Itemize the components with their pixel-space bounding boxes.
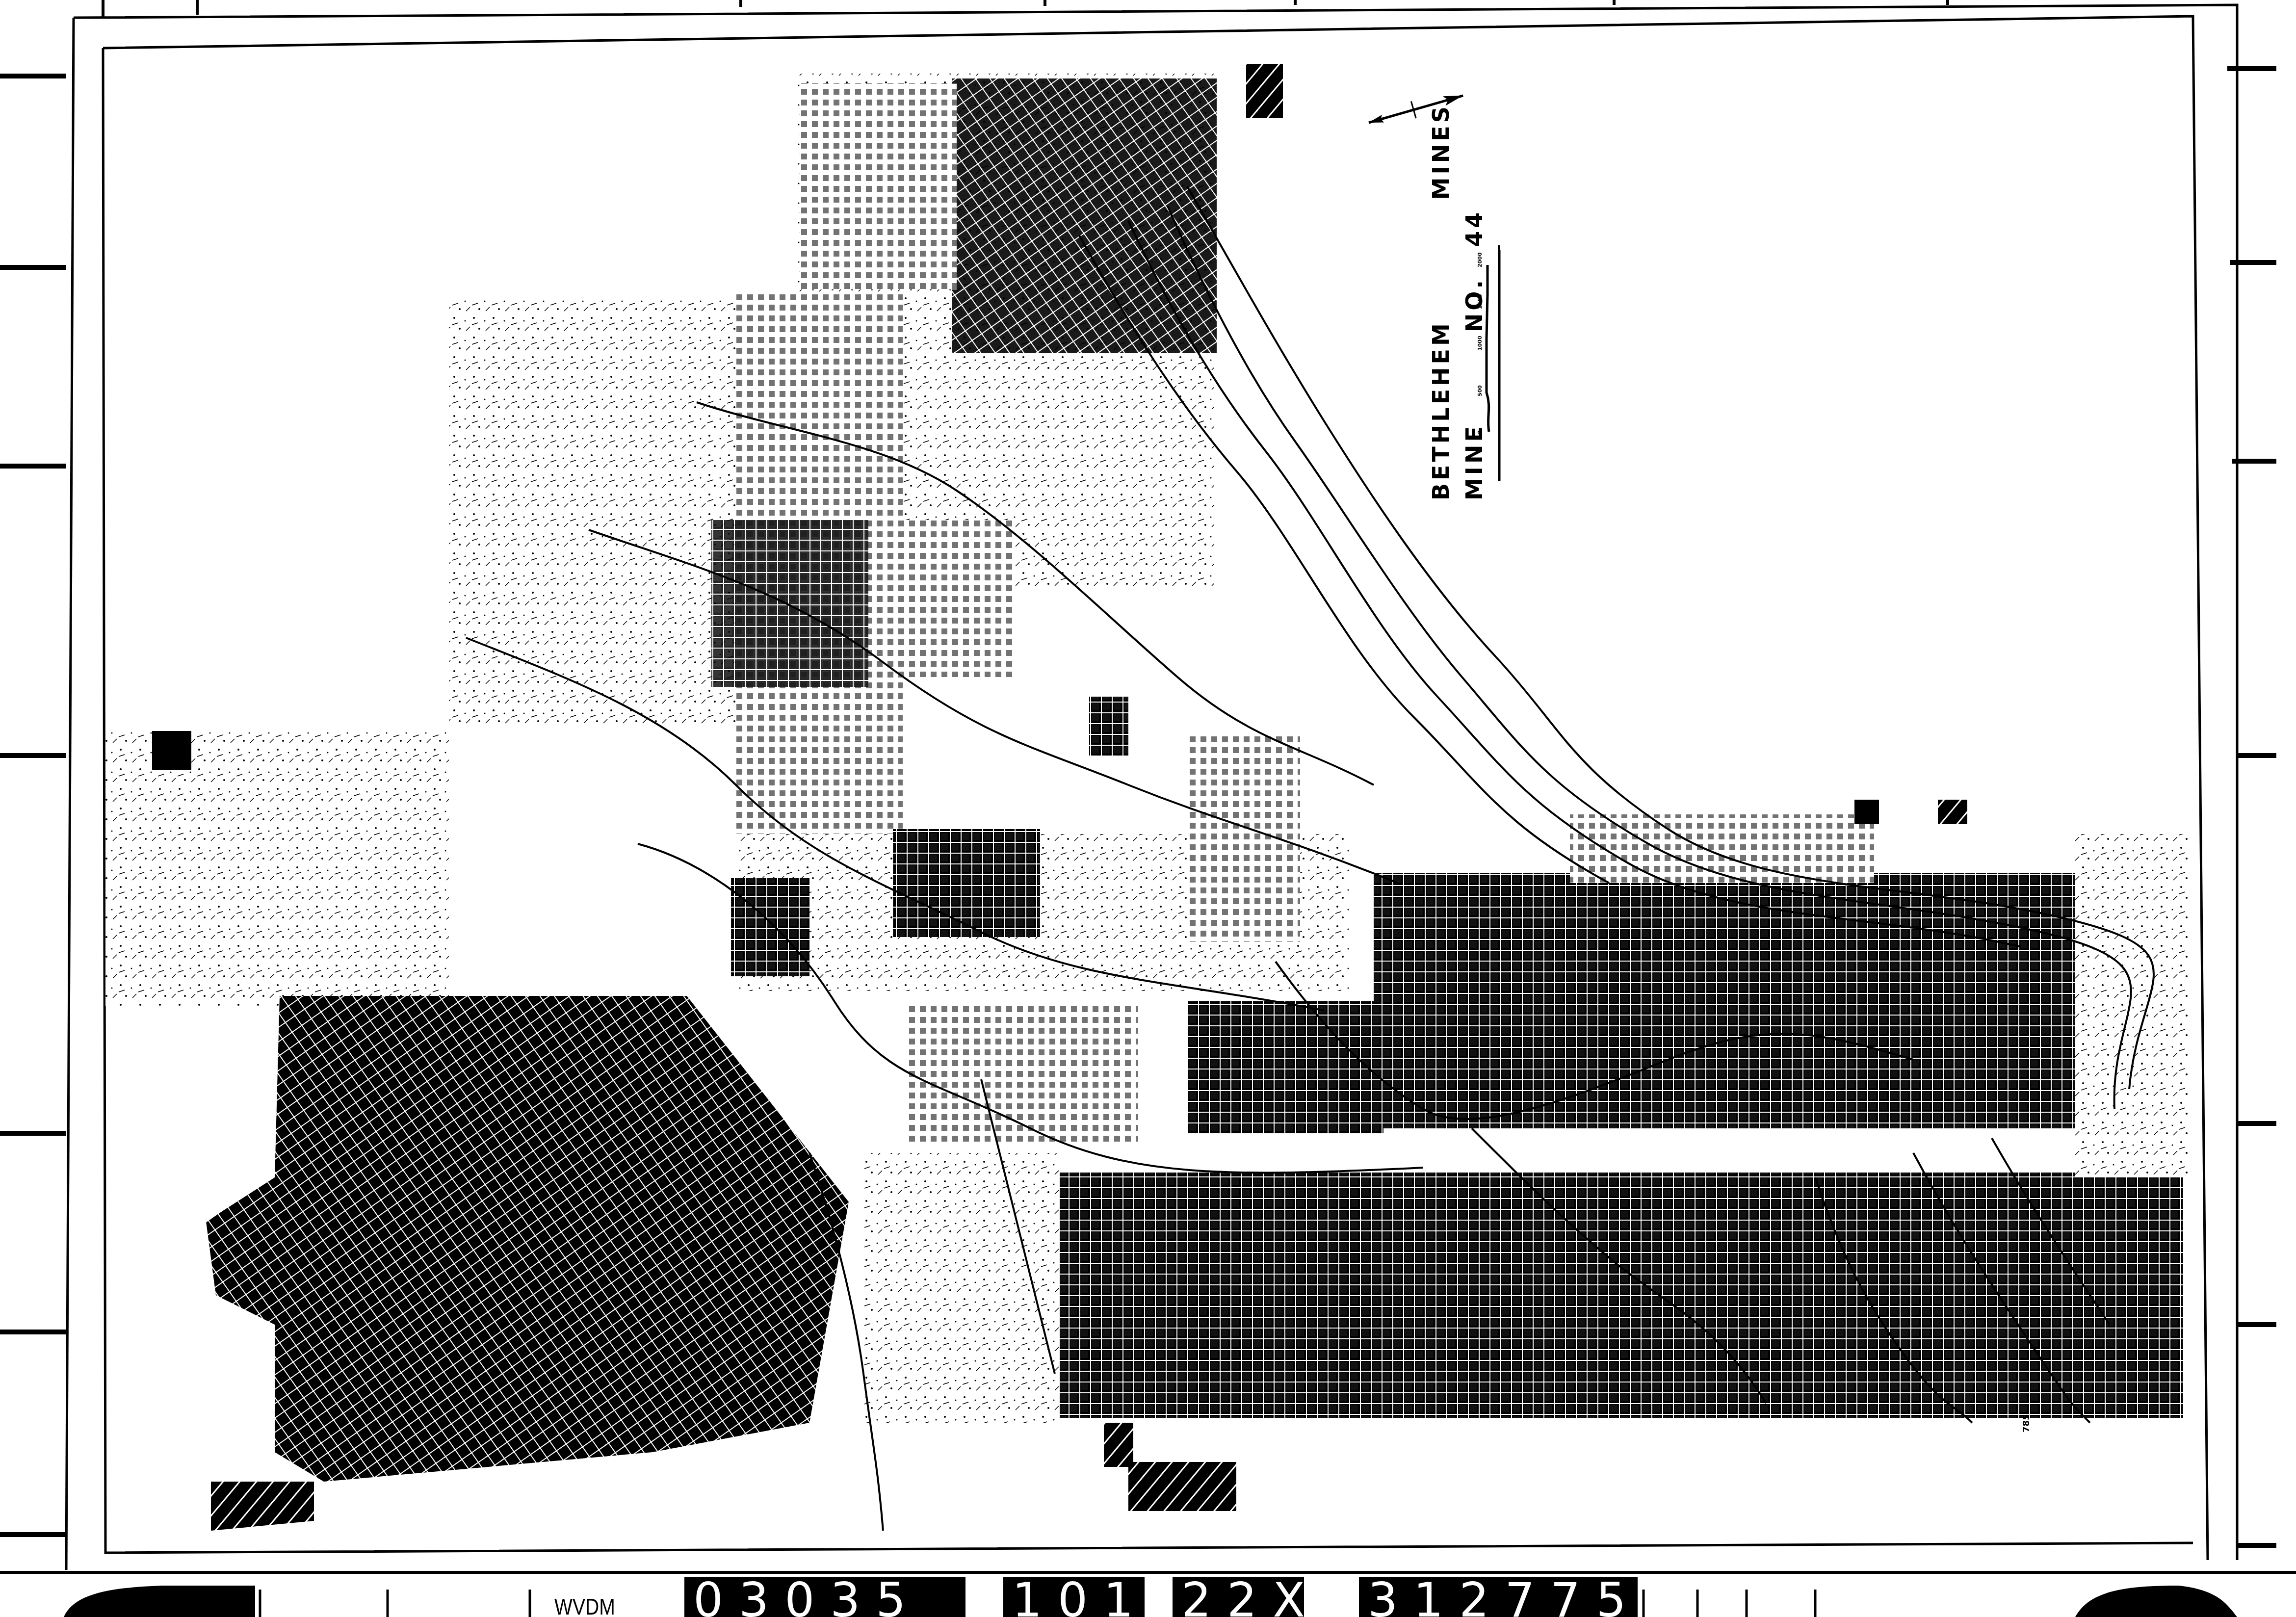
film-field-3: 22X — [1173, 1577, 1304, 1617]
microfilm-id-strip: WVDM 03035 101 22X 312775 — [0, 1570, 2296, 1617]
scale-label: 500 — [1477, 385, 1483, 396]
contour-label: 785 — [2021, 1414, 2032, 1433]
repository-code: WVDM — [554, 1595, 615, 1617]
mine-map-canvas — [0, 0, 2296, 1617]
title-block: BETHLEHEM MINES CORP. MINE NO. 44 — [1413, 162, 1511, 515]
map-title-company: BETHLEHEM MINES CORP. — [1428, 0, 1454, 500]
film-field-2: 101 — [1003, 1577, 1145, 1617]
film-field-1: 03035 — [684, 1577, 965, 1617]
scale-label: 1500 — [1477, 294, 1483, 309]
scale-bar-labels: 0 500 1000 1500 2000 — [1477, 265, 1496, 432]
right-edge-ticks — [2227, 69, 2276, 1545]
scale-label: 1000 — [1477, 336, 1483, 351]
left-edge-ticks — [0, 76, 66, 1535]
film-field-4: 312775 — [1359, 1577, 1638, 1617]
scale-label: 2000 — [1477, 252, 1483, 267]
scale-label: 0 — [1477, 430, 1483, 434]
